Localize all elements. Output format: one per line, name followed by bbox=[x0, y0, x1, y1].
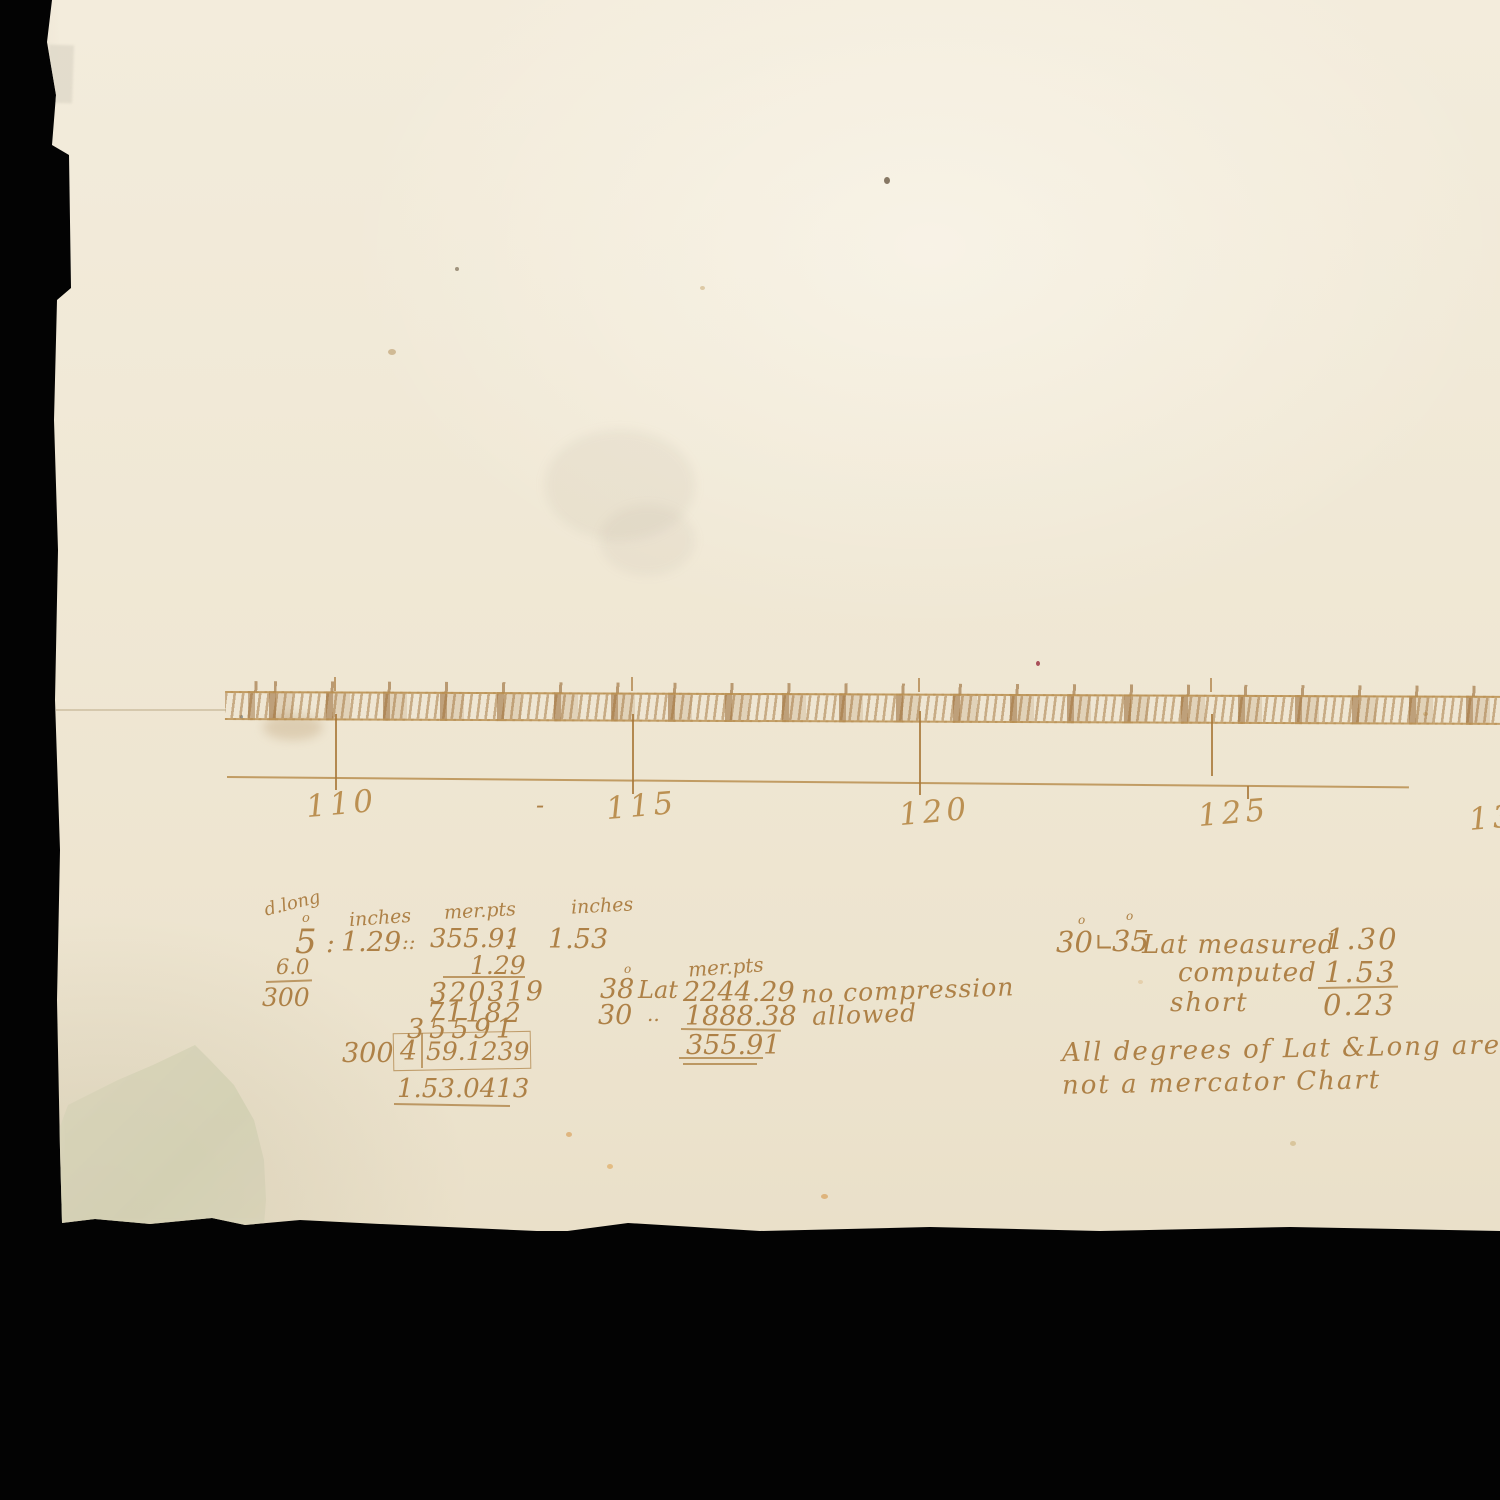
proportion-colon: : bbox=[326, 931, 335, 957]
right-row2-label: computed bbox=[1178, 960, 1317, 986]
right-row1-label: Lat measured bbox=[1142, 932, 1336, 958]
division-dividend-rest: 59.1239 bbox=[426, 1039, 529, 1064]
right-note-line2: not a mercator Chart bbox=[1062, 1067, 1382, 1099]
right-row3-value: 0.23 bbox=[1323, 991, 1396, 1020]
right-note-line1: All degrees of Lat &Long are a bbox=[1062, 1032, 1500, 1066]
scale-nub-120 bbox=[918, 678, 920, 692]
foxing-spot bbox=[821, 1194, 828, 1199]
mid-row2-value: 1888.38 bbox=[685, 1003, 797, 1030]
mid-result: 355.91 bbox=[686, 1032, 780, 1059]
foxing-spot bbox=[566, 1132, 572, 1137]
calc-mid-header: mer.pts bbox=[687, 954, 764, 979]
degree-mark: o bbox=[624, 963, 631, 975]
fraction-numerator: 6.0 bbox=[276, 957, 309, 978]
scale-nub-110 bbox=[334, 677, 336, 691]
paper-smudge bbox=[600, 505, 695, 575]
division-divisor: 300 bbox=[342, 1040, 394, 1067]
proportion-inches2-value: 1.53 bbox=[548, 926, 608, 953]
right-row3-label: short bbox=[1170, 990, 1249, 1016]
paper-sheet: 110 115 120 125 13 - d.long inches mer.p… bbox=[0, 0, 1500, 1231]
division-divider bbox=[421, 1033, 423, 1068]
range-start: 30 bbox=[1056, 928, 1093, 957]
mid-row2-ditto: .. bbox=[647, 1004, 660, 1024]
mid-row1-degrees: 38 bbox=[600, 976, 634, 1003]
red-speck bbox=[1036, 661, 1040, 666]
mid-row2-degrees: 30 bbox=[598, 1002, 632, 1029]
scale-nub-125 bbox=[1210, 678, 1212, 692]
division-dividend-first: 4 bbox=[400, 1038, 417, 1065]
foxing-spot bbox=[1138, 980, 1143, 984]
multiplier: 1.29 bbox=[470, 953, 526, 978]
mid-row1-word: Lat bbox=[638, 978, 678, 1002]
calc-left-header-inches2: inches bbox=[571, 895, 634, 917]
calc-left-header-merpts: mer.pts bbox=[444, 900, 517, 923]
longitude-scale-band bbox=[225, 691, 1500, 725]
proportion-colon2: : bbox=[506, 929, 514, 953]
scale-tick-115 bbox=[632, 714, 634, 794]
scale-baseline bbox=[227, 776, 1409, 788]
scale-tick-120 bbox=[919, 711, 921, 795]
degree-mark: o bbox=[1078, 914, 1085, 926]
degree-mark: o bbox=[1126, 910, 1133, 922]
scale-tick-125 bbox=[1211, 714, 1213, 776]
foxing-spot bbox=[388, 349, 396, 355]
result-underline-1 bbox=[679, 1057, 763, 1059]
proportion-dlong-value: 5 bbox=[295, 925, 317, 959]
proportion-inches-value: 1.29 bbox=[341, 929, 401, 956]
scale-label-115: 115 bbox=[605, 788, 679, 825]
stray-dash-mark: - bbox=[536, 793, 544, 817]
right-row1-value: 1.30 bbox=[1326, 925, 1399, 954]
calc-left-header-dlong: d.long bbox=[263, 888, 323, 919]
foxing-spot bbox=[700, 286, 705, 290]
division-quotient: 1.53.0413 bbox=[397, 1076, 529, 1102]
water-stain bbox=[58, 1040, 290, 1225]
faint-crease-line bbox=[56, 709, 226, 711]
foxing-spot bbox=[455, 267, 459, 271]
scale-label-125: 125 bbox=[1197, 795, 1271, 832]
scale-label-120: 120 bbox=[898, 794, 972, 831]
scale-tick-110 bbox=[335, 714, 337, 790]
fraction-denominator: 300 bbox=[262, 985, 310, 1010]
right-row2-value: 1.53 bbox=[1324, 958, 1397, 987]
scale-label-130-partial: 13 bbox=[1468, 801, 1500, 836]
scale-label-110: 110 bbox=[305, 786, 379, 823]
repair-tab bbox=[47, 45, 74, 104]
foxing-spot bbox=[884, 177, 890, 184]
result-underline-2 bbox=[683, 1063, 757, 1065]
proportion-double-colon: :: bbox=[402, 932, 415, 952]
photo-frame: 110 115 120 125 13 - d.long inches mer.p… bbox=[0, 0, 1500, 1500]
mid-note-line2: allowed bbox=[812, 1000, 918, 1029]
foxing-spot bbox=[607, 1164, 613, 1169]
foxing-spot bbox=[1290, 1141, 1296, 1146]
scale-nub-115 bbox=[631, 677, 633, 691]
